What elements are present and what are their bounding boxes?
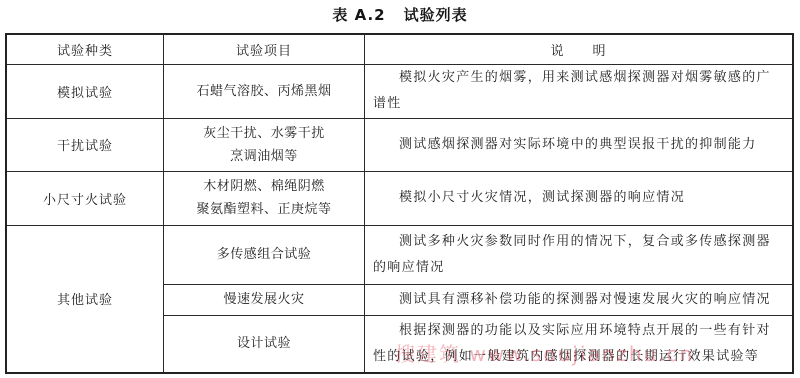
test-item-cell: 设计试验 (164, 315, 365, 373)
description-cell: 测试具有漂移补偿功能的探测器对慢速发展火灾的响应情况 (365, 284, 794, 315)
description-cell: 测试多种火灾参数同时作用的情况下，复合或多传感探测器的响应情况 (365, 225, 794, 284)
test-item-line: 聚氨酯塑料、正庚烷等 (164, 198, 364, 221)
test-item-line: 木材阴燃、棉绳阴燃 (164, 175, 364, 198)
header-description: 说 明 (365, 34, 794, 64)
description-cell: 根据探测器的功能以及实际应用环境特点开展的一些有针对性的试验，例如一般建筑内感烟… (365, 315, 794, 373)
header-test-item: 试验项目 (164, 34, 365, 64)
description-cell: 模拟小尺寸火灾情况，测试探测器的响应情况 (365, 171, 794, 225)
test-kind-cell: 其他试验 (6, 225, 164, 373)
table-caption: 表 A.2试验列表 (0, 4, 800, 25)
table-row: 其他试验 多传感组合试验 测试多种火灾参数同时作用的情况下，复合或多传感探测器的… (6, 225, 793, 284)
test-kind-cell: 小尺寸火试验 (6, 171, 164, 225)
test-kind-cell: 模拟试验 (6, 64, 164, 118)
table-header-row: 试验种类 试验项目 说 明 (6, 34, 793, 64)
table-row: 模拟试验 石蜡气溶胶、丙烯黑烟 模拟火灾产生的烟雾，用来测试感烟探测器对烟雾敏感… (6, 64, 793, 118)
header-test-kind: 试验种类 (6, 34, 164, 64)
description-cell: 测试感烟探测器对实际环境中的典型误报干扰的抑制能力 (365, 118, 794, 171)
table-row: 小尺寸火试验 木材阴燃、棉绳阴燃 聚氨酯塑料、正庚烷等 模拟小尺寸火灾情况，测试… (6, 171, 793, 225)
test-item-line: 烹调油烟等 (164, 145, 364, 168)
test-item-cell: 多传感组合试验 (164, 225, 365, 284)
table-title: 试验列表 (404, 6, 468, 24)
test-item-cell: 慢速发展火灾 (164, 284, 365, 315)
table-number: 表 A.2 (332, 6, 385, 24)
description-cell: 模拟火灾产生的烟雾，用来测试感烟探测器对烟雾敏感的广谱性 (365, 64, 794, 118)
table-row: 干扰试验 灰尘干扰、水雾干扰 烹调油烟等 测试感烟探测器对实际环境中的典型误报干… (6, 118, 793, 171)
test-item-cell: 木材阴燃、棉绳阴燃 聚氨酯塑料、正庚烷等 (164, 171, 365, 225)
test-item-line: 灰尘干扰、水雾干扰 (164, 122, 364, 145)
test-item-cell: 石蜡气溶胶、丙烯黑烟 (164, 64, 365, 118)
test-list-table: 试验种类 试验项目 说 明 模拟试验 石蜡气溶胶、丙烯黑烟 模拟火灾产生的烟雾，… (5, 33, 794, 374)
test-kind-cell: 干扰试验 (6, 118, 164, 171)
test-item-cell: 灰尘干扰、水雾干扰 烹调油烟等 (164, 118, 365, 171)
